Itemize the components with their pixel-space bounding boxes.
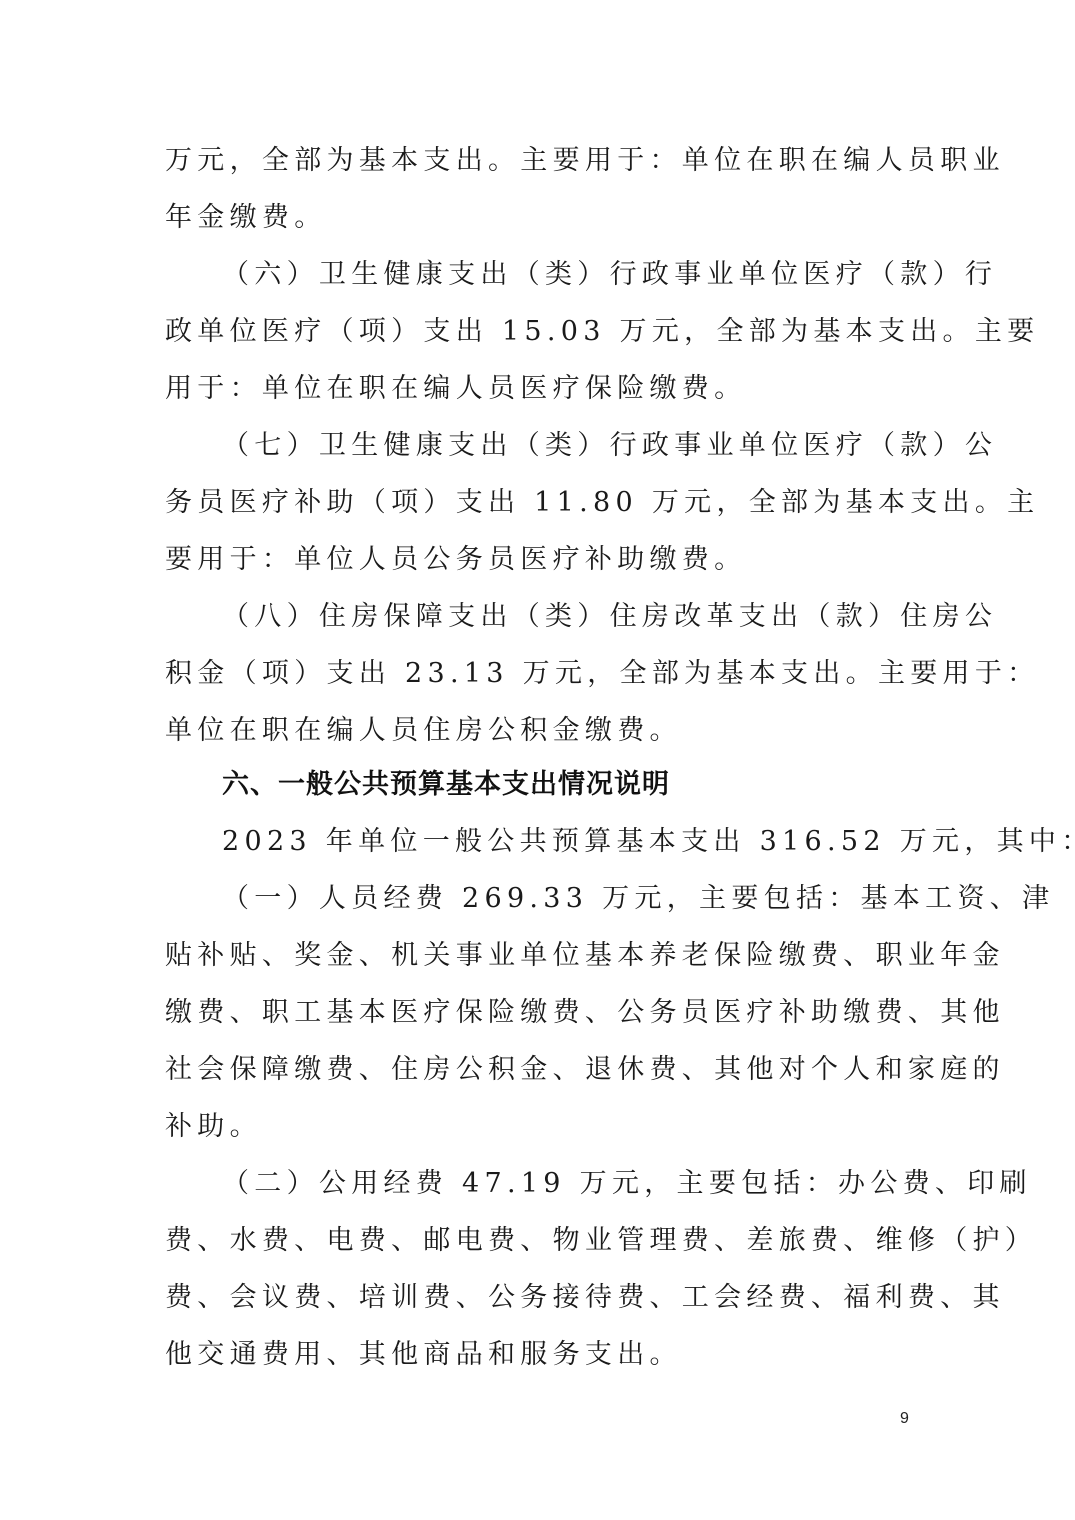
text-line: 用于：单位在职在编人员医疗保险缴费。 (165, 369, 915, 409)
text-line: 单位在职在编人员住房公积金缴费。 (165, 711, 915, 751)
text-line: 积金（项）支出 23.13 万元，全部为基本支出。主要用于： (165, 654, 915, 694)
text-line: 政单位医疗（项）支出 15.03 万元，全部为基本支出。主要 (165, 312, 915, 352)
document-page: 万元，全部为基本支出。主要用于：单位在职在编人员职业 年金缴费。 （六）卫生健康… (0, 0, 1075, 1520)
text-line: 缴费、职工基本医疗保险缴费、公务员医疗补助缴费、其他 (165, 993, 915, 1033)
text-line: 补助。 (165, 1107, 915, 1147)
text-line: 万元，全部为基本支出。主要用于：单位在职在编人员职业 (165, 141, 915, 181)
text-line: （二）公用经费 47.19 万元，主要包括：办公费、印刷 (222, 1164, 972, 1204)
text-line: 2023 年单位一般公共预算基本支出 316.52 万元，其中： (222, 822, 972, 862)
text-line: （六）卫生健康支出（类）行政事业单位医疗（款）行 (222, 255, 972, 295)
text-line: （七）卫生健康支出（类）行政事业单位医疗（款）公 (222, 426, 972, 466)
text-line: 年金缴费。 (165, 198, 915, 238)
text-line: 贴补贴、奖金、机关事业单位基本养老保险缴费、职业年金 (165, 936, 915, 976)
text-line: （一）人员经费 269.33 万元，主要包括：基本工资、津 (222, 879, 972, 919)
text-line: （八）住房保障支出（类）住房改革支出（款）住房公 (222, 597, 972, 637)
text-line: 费、水费、电费、邮电费、物业管理费、差旅费、维修（护） (165, 1221, 915, 1261)
section-heading: 六、一般公共预算基本支出情况说明 (222, 765, 670, 805)
text-line: 费、会议费、培训费、公务接待费、工会经费、福利费、其 (165, 1278, 915, 1318)
page-number: 9 (900, 1410, 909, 1428)
text-line: 务员医疗补助（项）支出 11.80 万元，全部为基本支出。主 (165, 483, 915, 523)
text-line: 社会保障缴费、住房公积金、退休费、其他对个人和家庭的 (165, 1050, 915, 1090)
text-line: 要用于：单位人员公务员医疗补助缴费。 (165, 540, 915, 580)
text-line: 他交通费用、其他商品和服务支出。 (165, 1335, 915, 1375)
